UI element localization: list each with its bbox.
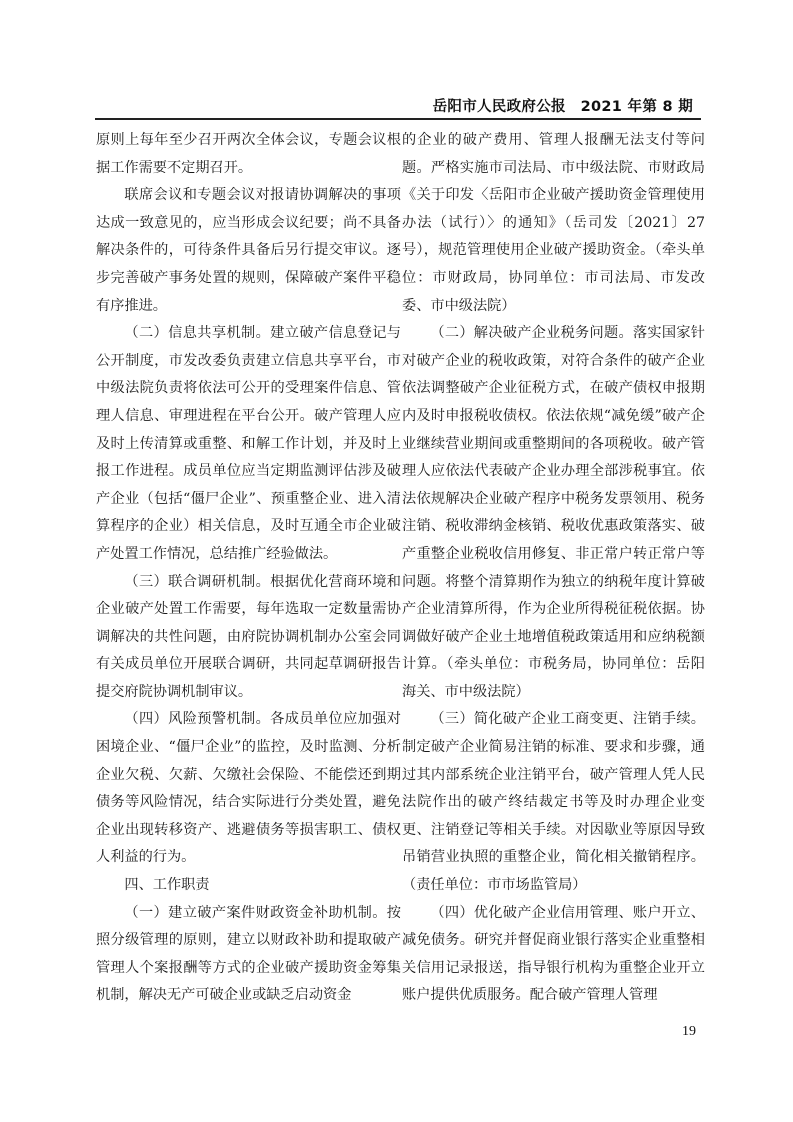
paragraph: 原则上每年至少召开两次全体会议，专题会议根据工作需要不定期召开。	[96, 127, 401, 182]
paragraph-tax-issues: （二）解决破产企业税务问题。落实国家针对破产企业的税收政策，对符合条件的破产企业…	[402, 320, 705, 706]
right-column: 的企业的破产费用、管理人报酬无法支付等问题。严格实施市司法局、市中级法院、市财政…	[402, 127, 705, 1010]
left-column: 原则上每年至少召开两次全体会议，专题会议根据工作需要不定期召开。 联席会议和专题…	[96, 127, 401, 1010]
paragraph: 的企业的破产费用、管理人报酬无法支付等问题。严格实施市司法局、市中级法院、市财政…	[402, 127, 705, 320]
publication-title: 岳阳市人民政府公报 2021 年第 8 期	[433, 95, 693, 116]
paragraph-credit-management: （四）优化破产企业信用管理、账户开立、减免债务。研究并督促商业银行落实企业重整相…	[402, 900, 705, 1010]
paragraph-deregistration: （三）简化破产企业工商变更、注销手续。制定破产企业简易注销的标准、要求和步骤，通…	[402, 706, 705, 899]
page-header: 岳阳市人民政府公报 2021 年第 8 期	[95, 94, 701, 120]
paragraph-joint-research: （三）联合调研机制。根据优化营商环境和企业破产处置工作需要，每年选取一定数量需协…	[96, 569, 401, 707]
paragraph: 联席会议和专题会议对报请协调解决的事项达成一致意见的，应当形成会议纪要；尚不具备…	[96, 182, 401, 320]
paragraph-risk-warning: （四）风险预警机制。各成员单位应加强对困境企业、“僵尸企业”的监控，及时监测、分…	[96, 706, 401, 872]
paragraph-fiscal-subsidy: （一）建立破产案件财政资金补助机制。按照分级管理的原则，建立以财政补助和提取破产…	[96, 900, 401, 1010]
page-number: 19	[682, 1024, 696, 1040]
paragraph-info-sharing: （二）信息共享机制。建立破产信息登记与公开制度，市发改委负责建立信息共享平台，市…	[96, 320, 401, 568]
section-heading-duties: 四、工作职责	[96, 872, 401, 900]
